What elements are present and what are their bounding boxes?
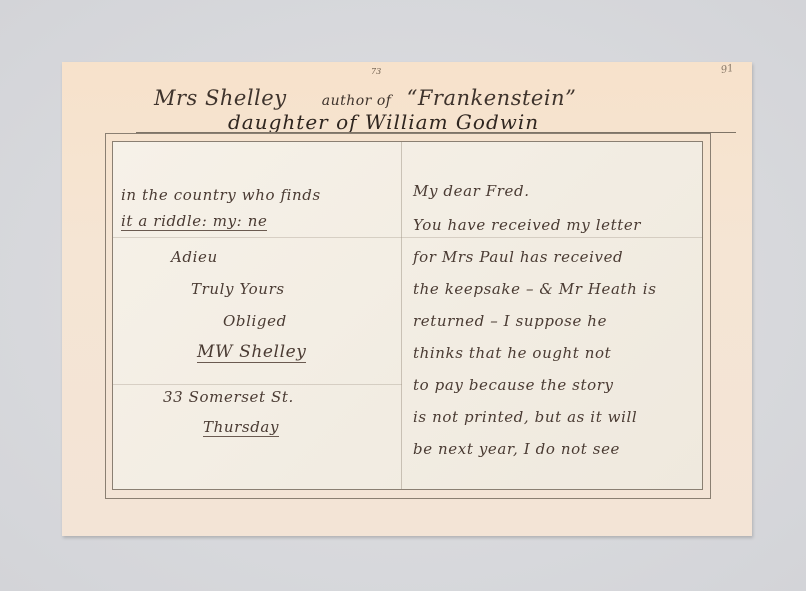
letter-right-line: returned – I suppose he [413,312,607,330]
letter-left-line: Obliged [223,312,287,330]
letter-left-line: Adieu [171,248,218,266]
heading-name: Mrs Shelley [154,86,287,110]
heading-line-2: daughter of William Godwin [228,110,698,134]
vertical-fold [401,142,402,489]
letter-right-line: be next year, I do not see [413,440,620,458]
heading-author-of: author of [322,93,392,109]
letter-right-line: is not printed, but as it will [413,408,637,426]
underlined-text: Thursday [203,418,279,437]
letter-right-line: to pay because the story [413,376,614,394]
album-leaf: 73 91 Mrs Shelley author of “Frankenstei… [62,62,752,536]
horizontal-fold [113,237,702,238]
underlined-text: it a riddle: my: ne [121,212,267,231]
letter-salutation: My dear Fred. [413,182,530,200]
letter-right-line: You have received my letter [413,216,641,234]
signature-text: MW Shelley [197,342,306,363]
heading-title: “Frankenstein” [407,86,577,110]
folio-number: 91 [720,63,734,76]
heading-line-1: Mrs Shelley author of “Frankenstein” [154,86,714,110]
signature: MW Shelley [197,342,306,362]
letter-left-line: it a riddle: my: ne [121,212,267,230]
letter-left-line: 33 Somerset St. [163,388,294,406]
letter-right-line: for Mrs Paul has received [413,248,623,266]
letter-right-line: thinks that he ought not [413,344,611,362]
letter-left-line: in the country who finds [121,186,321,204]
horizontal-fold-lower [113,384,402,385]
letter-left-line: Truly Yours [191,280,285,298]
page-number: 73 [371,67,381,76]
letter-sheet: in the country who finds it a riddle: my… [113,142,702,489]
letter-right-line: the keepsake – & Mr Heath is [413,280,657,298]
letter-left-line: Thursday [203,418,279,436]
